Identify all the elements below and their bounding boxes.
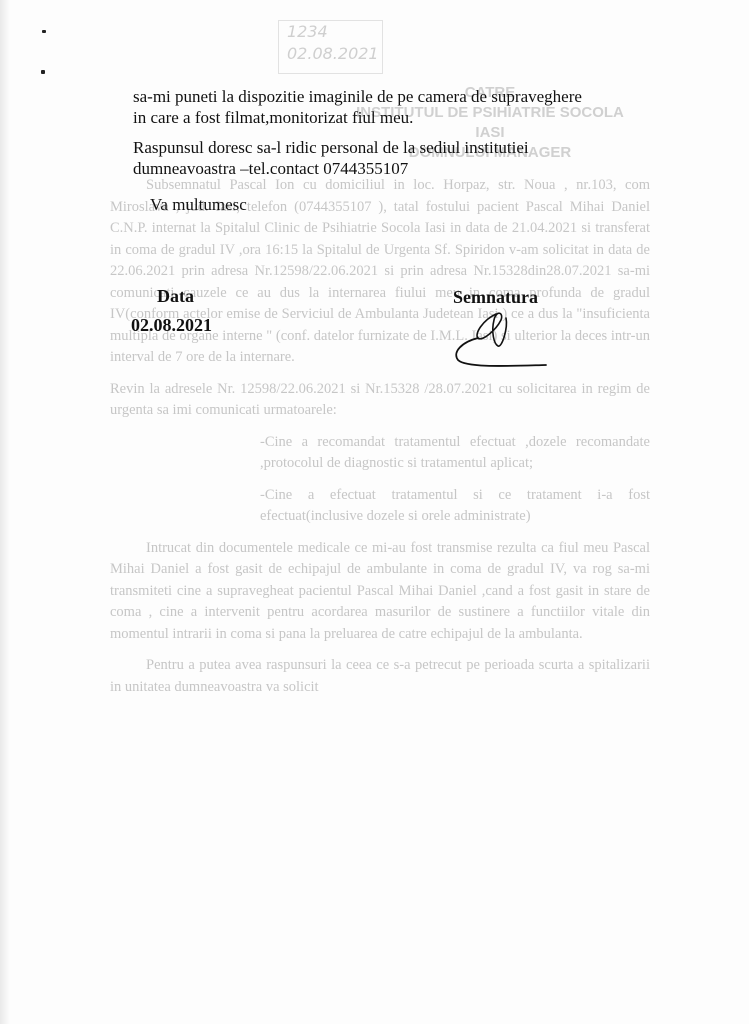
text-line: in care a fost filmat,monitorizat fiul m… bbox=[133, 107, 633, 128]
text-line: dumneavoastra –tel.contact 0744355107 bbox=[133, 158, 633, 179]
closing-text: Va multumesc bbox=[150, 195, 247, 215]
bleed-through-body: Subsemnatul Pascal Ion cu domiciliul in … bbox=[110, 175, 650, 708]
scan-speck bbox=[42, 30, 46, 33]
bleed-through-paragraph: Intrucat din documentele medicale ce mi-… bbox=[110, 538, 650, 646]
pickup-paragraph: Raspunsul doresc sa-l ridic personal de … bbox=[133, 137, 633, 179]
bleed-through-paragraph: Pentru a putea avea raspunsuri la ceea c… bbox=[110, 655, 650, 698]
bleed-through-paragraph: -Cine a recomandat tratamentul efectuat … bbox=[110, 432, 650, 475]
signature-icon bbox=[438, 308, 548, 370]
signature-label: Semnatura bbox=[453, 287, 538, 308]
text-line: Raspunsul doresc sa-l ridic personal de … bbox=[133, 137, 633, 158]
bleed-through-paragraph: Revin la adresele Nr. 12598/22.06.2021 s… bbox=[110, 379, 650, 422]
scan-edge-shadow bbox=[0, 0, 10, 1024]
date-value: 02.08.2021 bbox=[131, 315, 212, 336]
stamp-number: 1234 bbox=[287, 21, 382, 43]
bleed-through-paragraph: -Cine a efectuat tratamentul si ce trata… bbox=[110, 485, 650, 528]
request-paragraph: sa-mi puneti la dispozitie imaginile de … bbox=[133, 86, 633, 128]
scan-speck bbox=[41, 70, 45, 74]
text-line: sa-mi puneti la dispozitie imaginile de … bbox=[133, 86, 633, 107]
date-label: Data bbox=[157, 286, 194, 307]
bleed-through-registration-stamp: 1234 02.08.2021 bbox=[278, 20, 383, 74]
stamp-date: 02.08.2021 bbox=[287, 43, 382, 65]
